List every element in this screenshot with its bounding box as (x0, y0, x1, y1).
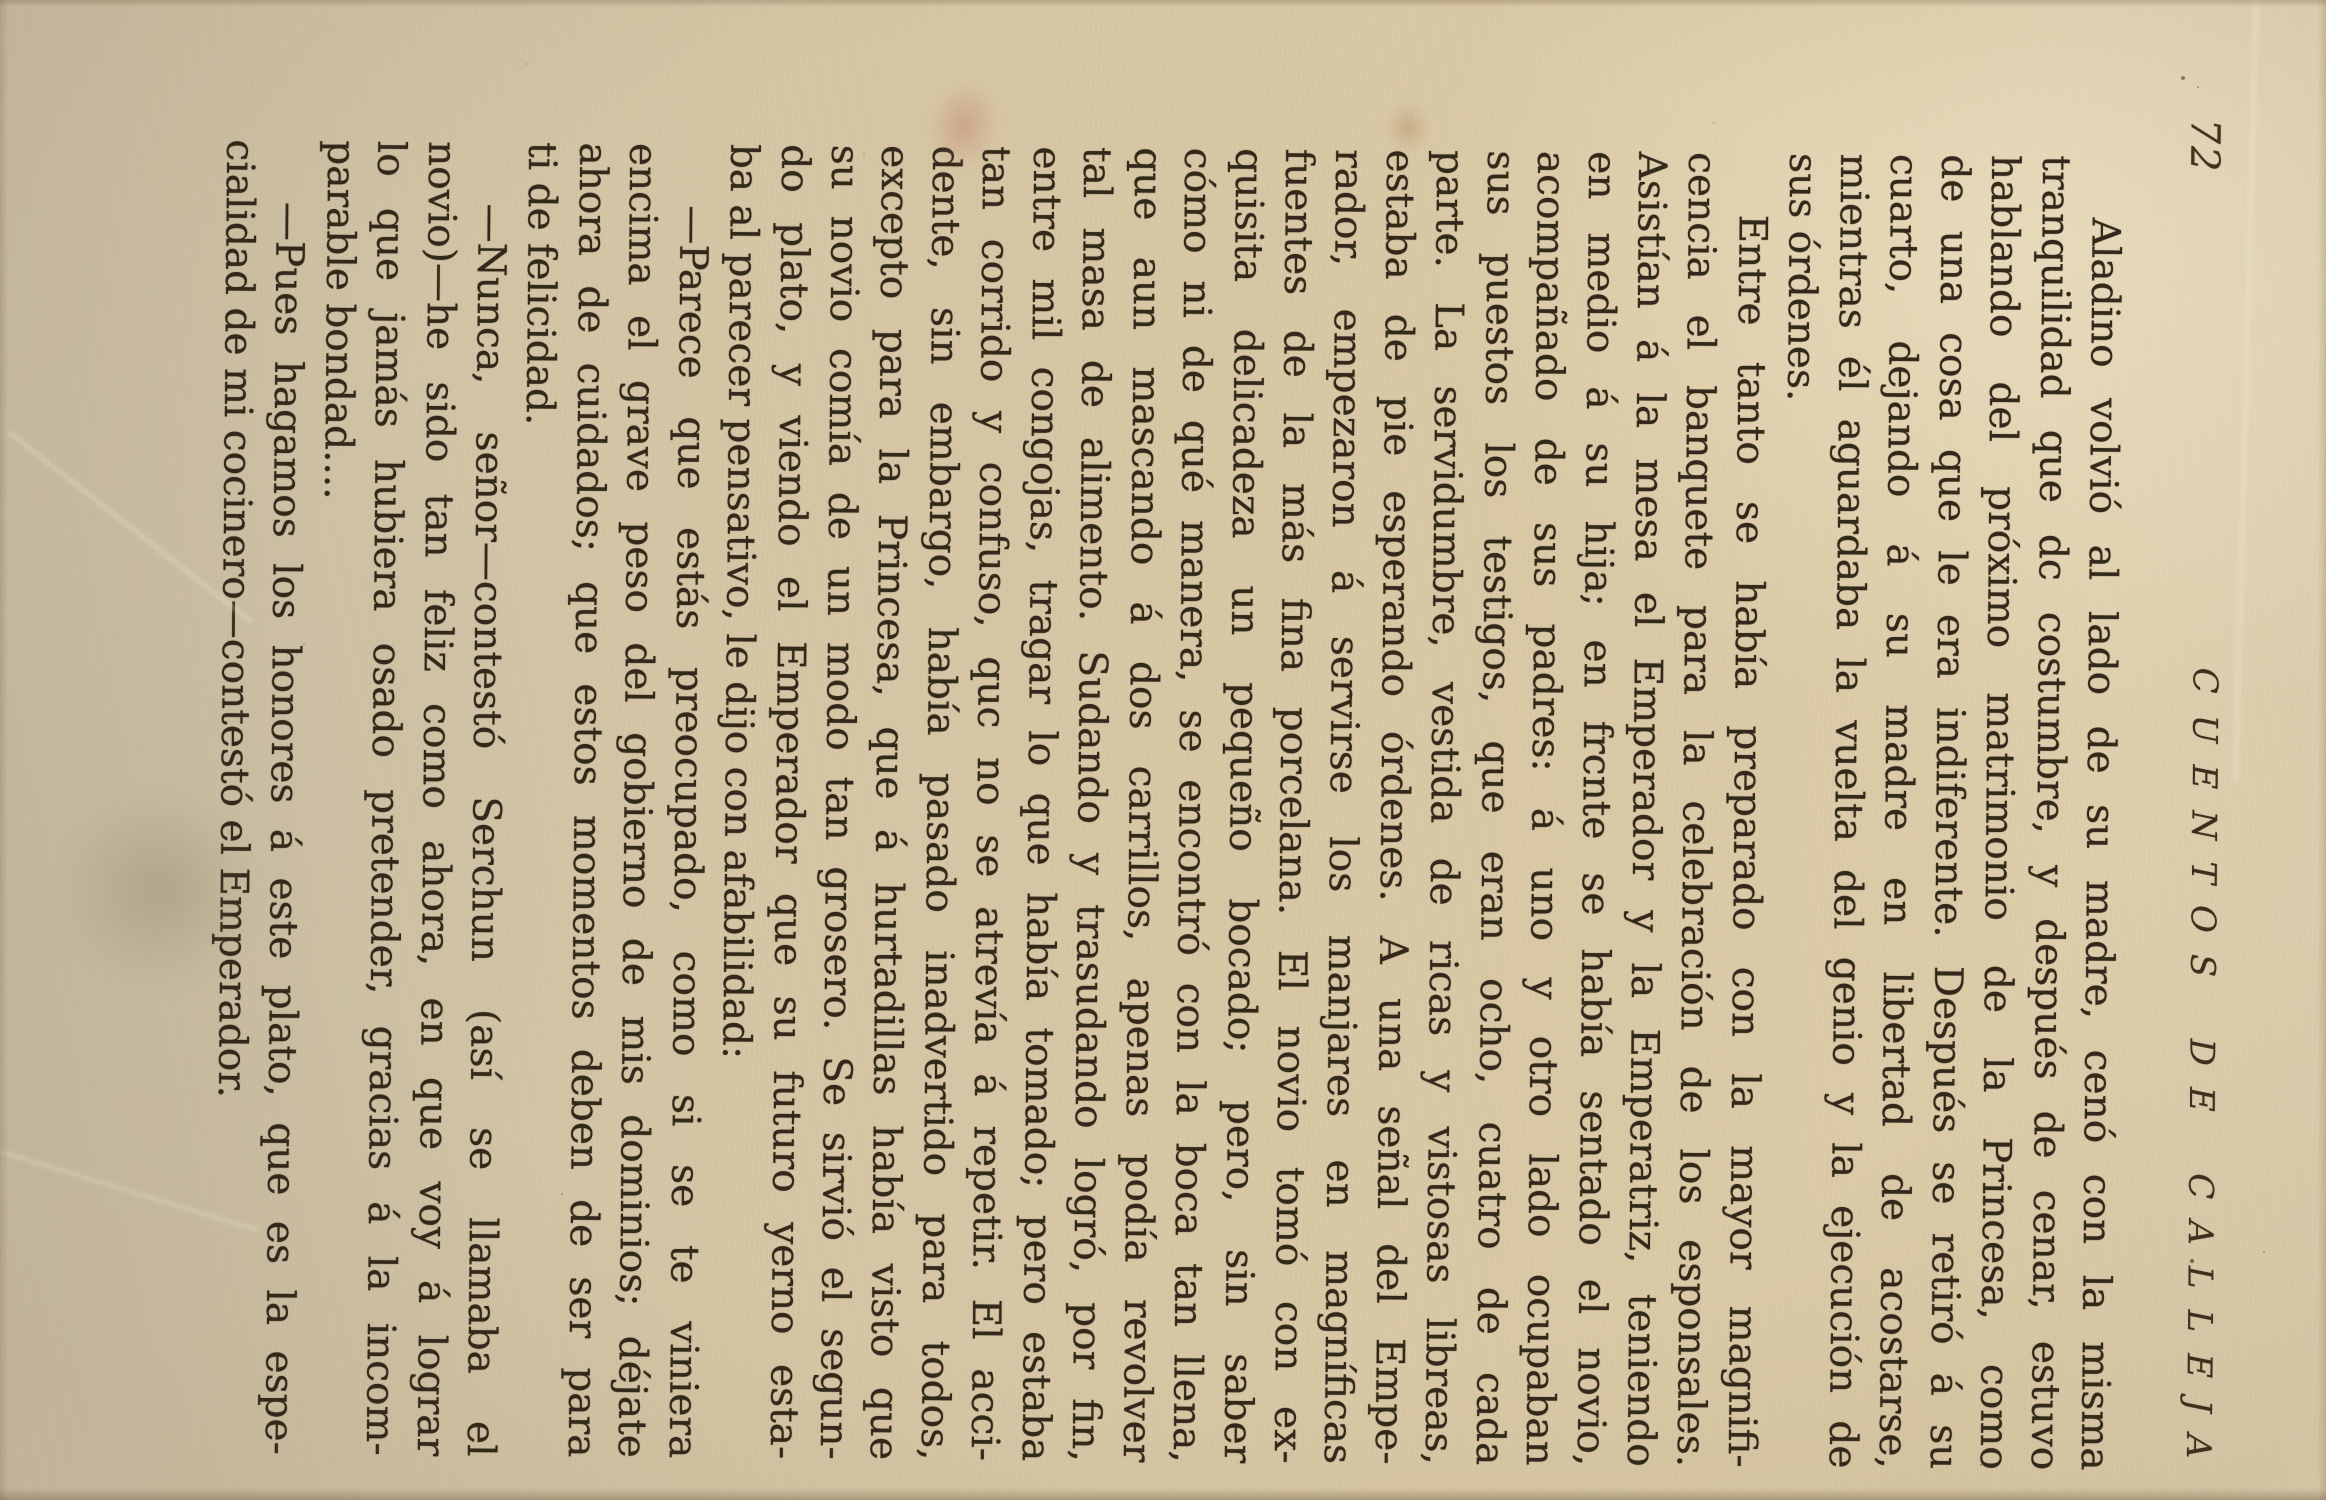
page-number: 72 (2181, 118, 2227, 173)
running-title: CUENTOS DE CALLEJA (2178, 667, 2225, 1479)
text-block: Aladino volvió al lado de su madre, cenó… (202, 139, 2130, 1471)
page-content-rotated: 72 CUENTOS DE CALLEJA Aladino volvió al … (0, 0, 2326, 1500)
book-page-scan: 72 CUENTOS DE CALLEJA Aladino volvió al … (0, 0, 2326, 1500)
page-tilt-layer: 72 CUENTOS DE CALLEJA Aladino volvió al … (0, 0, 2326, 1500)
